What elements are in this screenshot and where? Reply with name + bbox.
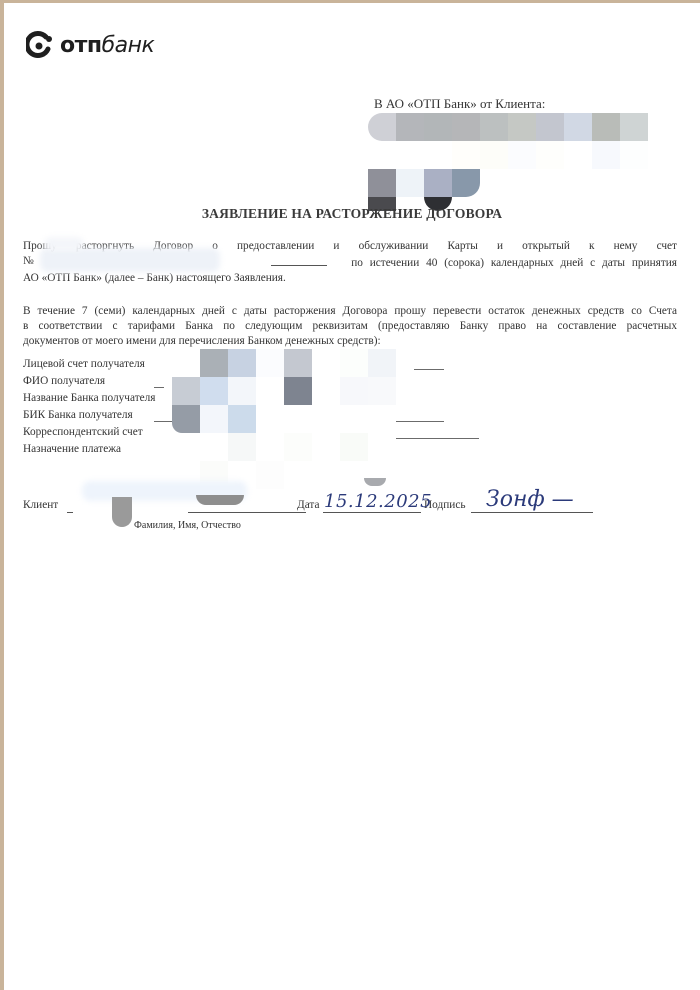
client-underline-start — [67, 512, 73, 513]
field-label: Название Банка получателя — [23, 392, 156, 404]
paragraph2-line1: В течение 7 (семи) календарных дней с да… — [23, 304, 677, 319]
paragraph2-line3: документов от моего имени для перечислен… — [23, 334, 677, 349]
field-recipient-bank-name: Название Банка получателя — [23, 390, 156, 407]
field-label: ФИО получателя — [23, 375, 105, 387]
field-underline — [394, 438, 479, 439]
field-recipient-bank-bik: БИК Банка получателя — [23, 407, 156, 424]
field-recipient-account: Лицевой счет получателя — [23, 356, 156, 373]
client-name-redacted-mark — [196, 495, 244, 505]
logo-bold-part: отп — [60, 33, 102, 58]
client-details-redacted — [368, 113, 648, 197]
otp-logo-icon — [26, 31, 54, 59]
bank-logo-text: отпбанк — [60, 33, 154, 58]
bank-logo: отпбанк — [26, 31, 154, 59]
handwritten-date: 15.12.2025 — [324, 491, 432, 512]
field-recipient-name: ФИО получателя — [23, 373, 156, 390]
number-sign: № — [23, 254, 34, 271]
account-number-underline — [271, 254, 327, 266]
field-underline — [154, 421, 174, 422]
document-page: отпбанк В АО «ОТП Банк» от Клиента: — [4, 3, 700, 990]
field-correspondent-account: Корреспондентский счет — [23, 424, 156, 441]
paragraph2-line2: в соответствии с тарифами Банка по следу… — [23, 319, 677, 334]
recipient-details-form: Лицевой счет получателя ФИО получателя Н… — [23, 356, 156, 458]
field-payment-purpose: Назначение платежа — [23, 441, 156, 458]
client-name-caption: Фамилия, Имя, Отчество — [134, 520, 241, 531]
signature-underline — [471, 512, 593, 513]
client-label: Клиент — [23, 499, 58, 511]
logo-light-part: банк — [102, 33, 155, 58]
transfer-instructions-paragraph: В течение 7 (семи) календарных дней с да… — [23, 304, 677, 349]
handwritten-signature: Зонф — — [486, 487, 574, 512]
addressee-line: В АО «ОТП Банк» от Клиента: — [374, 96, 545, 112]
paragraph1-line3: АО «ОТП Банк» (далее – Банк) настоящего … — [23, 271, 677, 286]
field-label: Лицевой счет получателя — [23, 358, 145, 370]
field-label: БИК Банка получателя — [23, 409, 133, 421]
field-label: Корреспондентский счет — [23, 426, 143, 438]
recipient-details-redacted — [172, 349, 396, 489]
client-name-redacted-block — [112, 497, 132, 527]
field-underline — [394, 421, 444, 422]
account-number-redacted — [40, 248, 220, 272]
field-underline — [154, 387, 164, 388]
request-word-redacted — [44, 237, 84, 251]
document-title: ЗАЯВЛЕНИЕ НА РАСТОРЖЕНИЕ ДОГОВОРА — [4, 206, 700, 222]
paragraph1-line2-text: по истечении 40 (сорока) календарных дне… — [351, 256, 677, 271]
client-name-underline — [188, 512, 306, 513]
date-label: Дата — [297, 499, 320, 511]
field-label: Назначение платежа — [23, 443, 121, 455]
date-underline — [323, 512, 421, 513]
field-underline — [414, 369, 444, 370]
